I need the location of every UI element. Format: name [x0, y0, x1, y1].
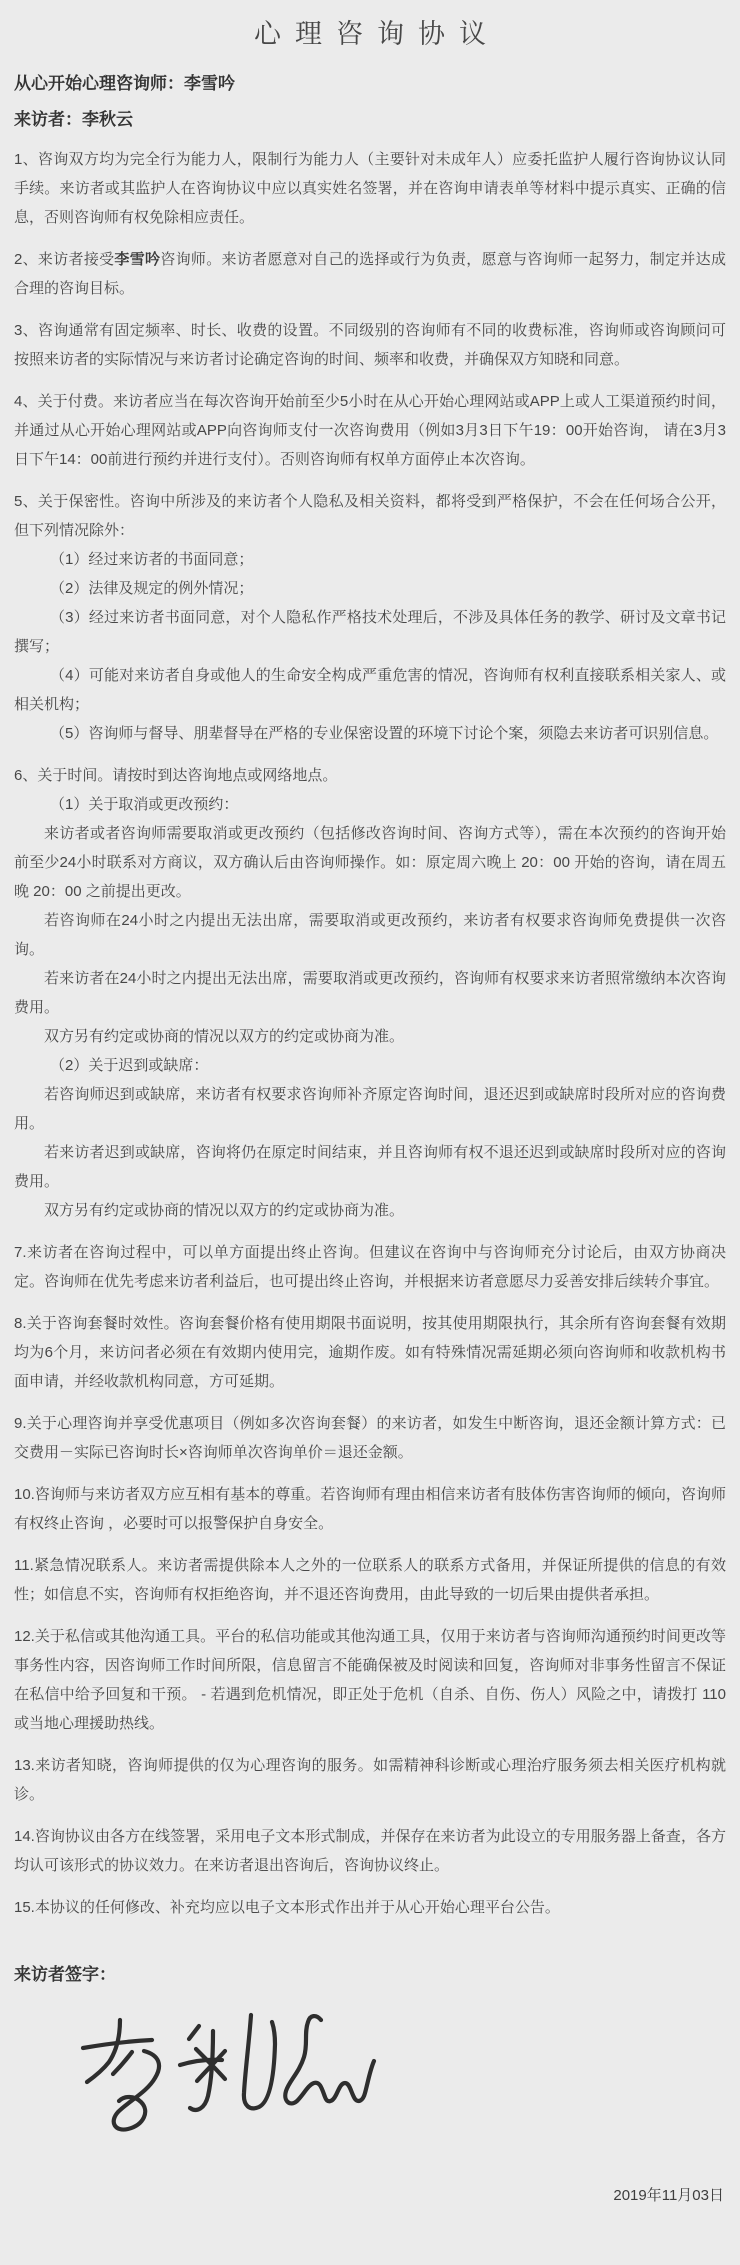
signature-label: 来访者签字： — [14, 1964, 726, 1986]
term-paragraph: 3、咨询通常有固定频率、时长、收费的设置。不同级别的咨询师有不同的收费标准，咨询… — [14, 316, 726, 374]
term-sub-paragraph: （2）关于迟到或缺席： — [14, 1051, 726, 1080]
term-paragraph: 4、关于付费。来访者应当在每次咨询开始前至少5小时在从心开始心理网站或APP上或… — [14, 387, 726, 474]
term-paragraph: 12.关于私信或其他沟通工具。平台的私信功能或其他沟通工具，仅用于来访者与咨询师… — [14, 1622, 726, 1738]
term-sub-paragraph: （2）法律及规定的例外情况； — [14, 574, 726, 603]
term-paragraph: 2、来访者接受李雪吟咨询师。来访者愿意对自己的选择或行为负责，愿意与咨询师一起努… — [14, 245, 726, 303]
agreement-page: { "page": { "title": "心理咨询协议", "backgrou… — [0, 0, 740, 2265]
agreement-document: 心理咨询协议 从心开始心理咨询师：李雪吟 来访者：李秋云 1、咨询双方均为完全行… — [0, 0, 740, 2265]
term-paragraph: 10.咨询师与来访者双方应互相有基本的尊重。若咨询师有理由相信来访者有肢体伤害咨… — [14, 1480, 726, 1538]
signing-date: 2019年11月03日 — [14, 2184, 726, 2205]
counselor-name-inline: 李雪吟 — [114, 251, 160, 268]
term-paragraph: 14.咨询协议由各方在线签署，采用电子文本形式制成，并保存在来访者为此设立的专用… — [14, 1822, 726, 1880]
term-sub-paragraph: 双方另有约定或协商的情况以双方的约定或协商为准。 — [14, 1196, 726, 1225]
visitor-signature — [68, 1998, 726, 2148]
visitor-name: 李秋云 — [82, 110, 133, 129]
term-sub-paragraph: 来访者或者咨询师需要取消或更改预约（包括修改咨询时间、咨询方式等），需在本次预约… — [14, 819, 726, 906]
term-paragraph: 9.关于心理咨询并享受优惠项目（例如多次咨询套餐）的来访者，如发生中断咨询，退还… — [14, 1409, 726, 1467]
term-paragraph: 15.本协议的任何修改、补充均应以电子文本形式作出并于从心开始心理平台公告。 — [14, 1893, 726, 1922]
page-title: 心理咨询协议 — [14, 12, 726, 51]
term-paragraph: 5、关于保密性。咨询中所涉及的来访者个人隐私及相关资料，都将受到严格保护，不会在… — [14, 487, 726, 545]
term-paragraph: 8.关于咨询套餐时效性。咨询套餐价格有使用期限书面说明，按其使用期限执行，其余所… — [14, 1309, 726, 1396]
term-paragraph: 7.来访者在咨询过程中，可以单方面提出终止咨询。但建议在咨询中与咨询师充分讨论后… — [14, 1238, 726, 1296]
term-sub-paragraph: 双方另有约定或协商的情况以双方的约定或协商为准。 — [14, 1022, 726, 1051]
visitor-label: 来访者： — [14, 110, 82, 129]
counselor-line: 从心开始心理咨询师：李雪吟 — [14, 73, 726, 95]
handwritten-signature-image — [68, 1998, 380, 2148]
term-sub-paragraph: 若来访者迟到或缺席，咨询将仍在原定时间结束，并且咨询师有权不退还迟到或缺席时段所… — [14, 1138, 726, 1196]
term-sub-paragraph: （1）关于取消或更改预约： — [14, 790, 726, 819]
term-sub-paragraph: （5）咨询师与督导、朋辈督导在严格的专业保密设置的环境下讨论个案，须隐去来访者可… — [14, 719, 726, 748]
term-sub-paragraph: 若来访者在24小时之内提出无法出席，需要取消或更改预约，咨询师有权要求来访者照常… — [14, 964, 726, 1022]
term-paragraph: 1、咨询双方均为完全行为能力人，限制行为能力人（主要针对未成年人）应委托监护人履… — [14, 145, 726, 232]
visitor-line: 来访者：李秋云 — [14, 109, 726, 131]
term-sub-paragraph: 若咨询师在24小时之内提出无法出席，需要取消或更改预约，来访者有权要求咨询师免费… — [14, 906, 726, 964]
agreement-terms: 1、咨询双方均为完全行为能力人，限制行为能力人（主要针对未成年人）应委托监护人履… — [14, 145, 726, 1922]
counselor-name: 李雪吟 — [184, 74, 235, 93]
counselor-label: 从心开始心理咨询师： — [14, 74, 184, 93]
term-sub-paragraph: （4）可能对来访者自身或他人的生命安全构成严重危害的情况，咨询师有权利直接联系相… — [14, 661, 726, 719]
term-paragraph: 6、关于时间。请按时到达咨询地点或网络地点。 — [14, 761, 726, 790]
term-sub-paragraph: 若咨询师迟到或缺席，来访者有权要求咨询师补齐原定咨询时间，退还迟到或缺席时段所对… — [14, 1080, 726, 1138]
term-sub-paragraph: （1）经过来访者的书面同意； — [14, 545, 726, 574]
term-sub-paragraph: （3）经过来访者书面同意，对个人隐私作严格技术处理后，不涉及具体任务的教学、研讨… — [14, 603, 726, 661]
term-paragraph: 13.来访者知晓，咨询师提供的仅为心理咨询的服务。如需精神科诊断或心理治疗服务须… — [14, 1751, 726, 1809]
term-paragraph: 11.紧急情况联系人。来访者需提供除本人之外的一位联系人的联系方式备用，并保证所… — [14, 1551, 726, 1609]
